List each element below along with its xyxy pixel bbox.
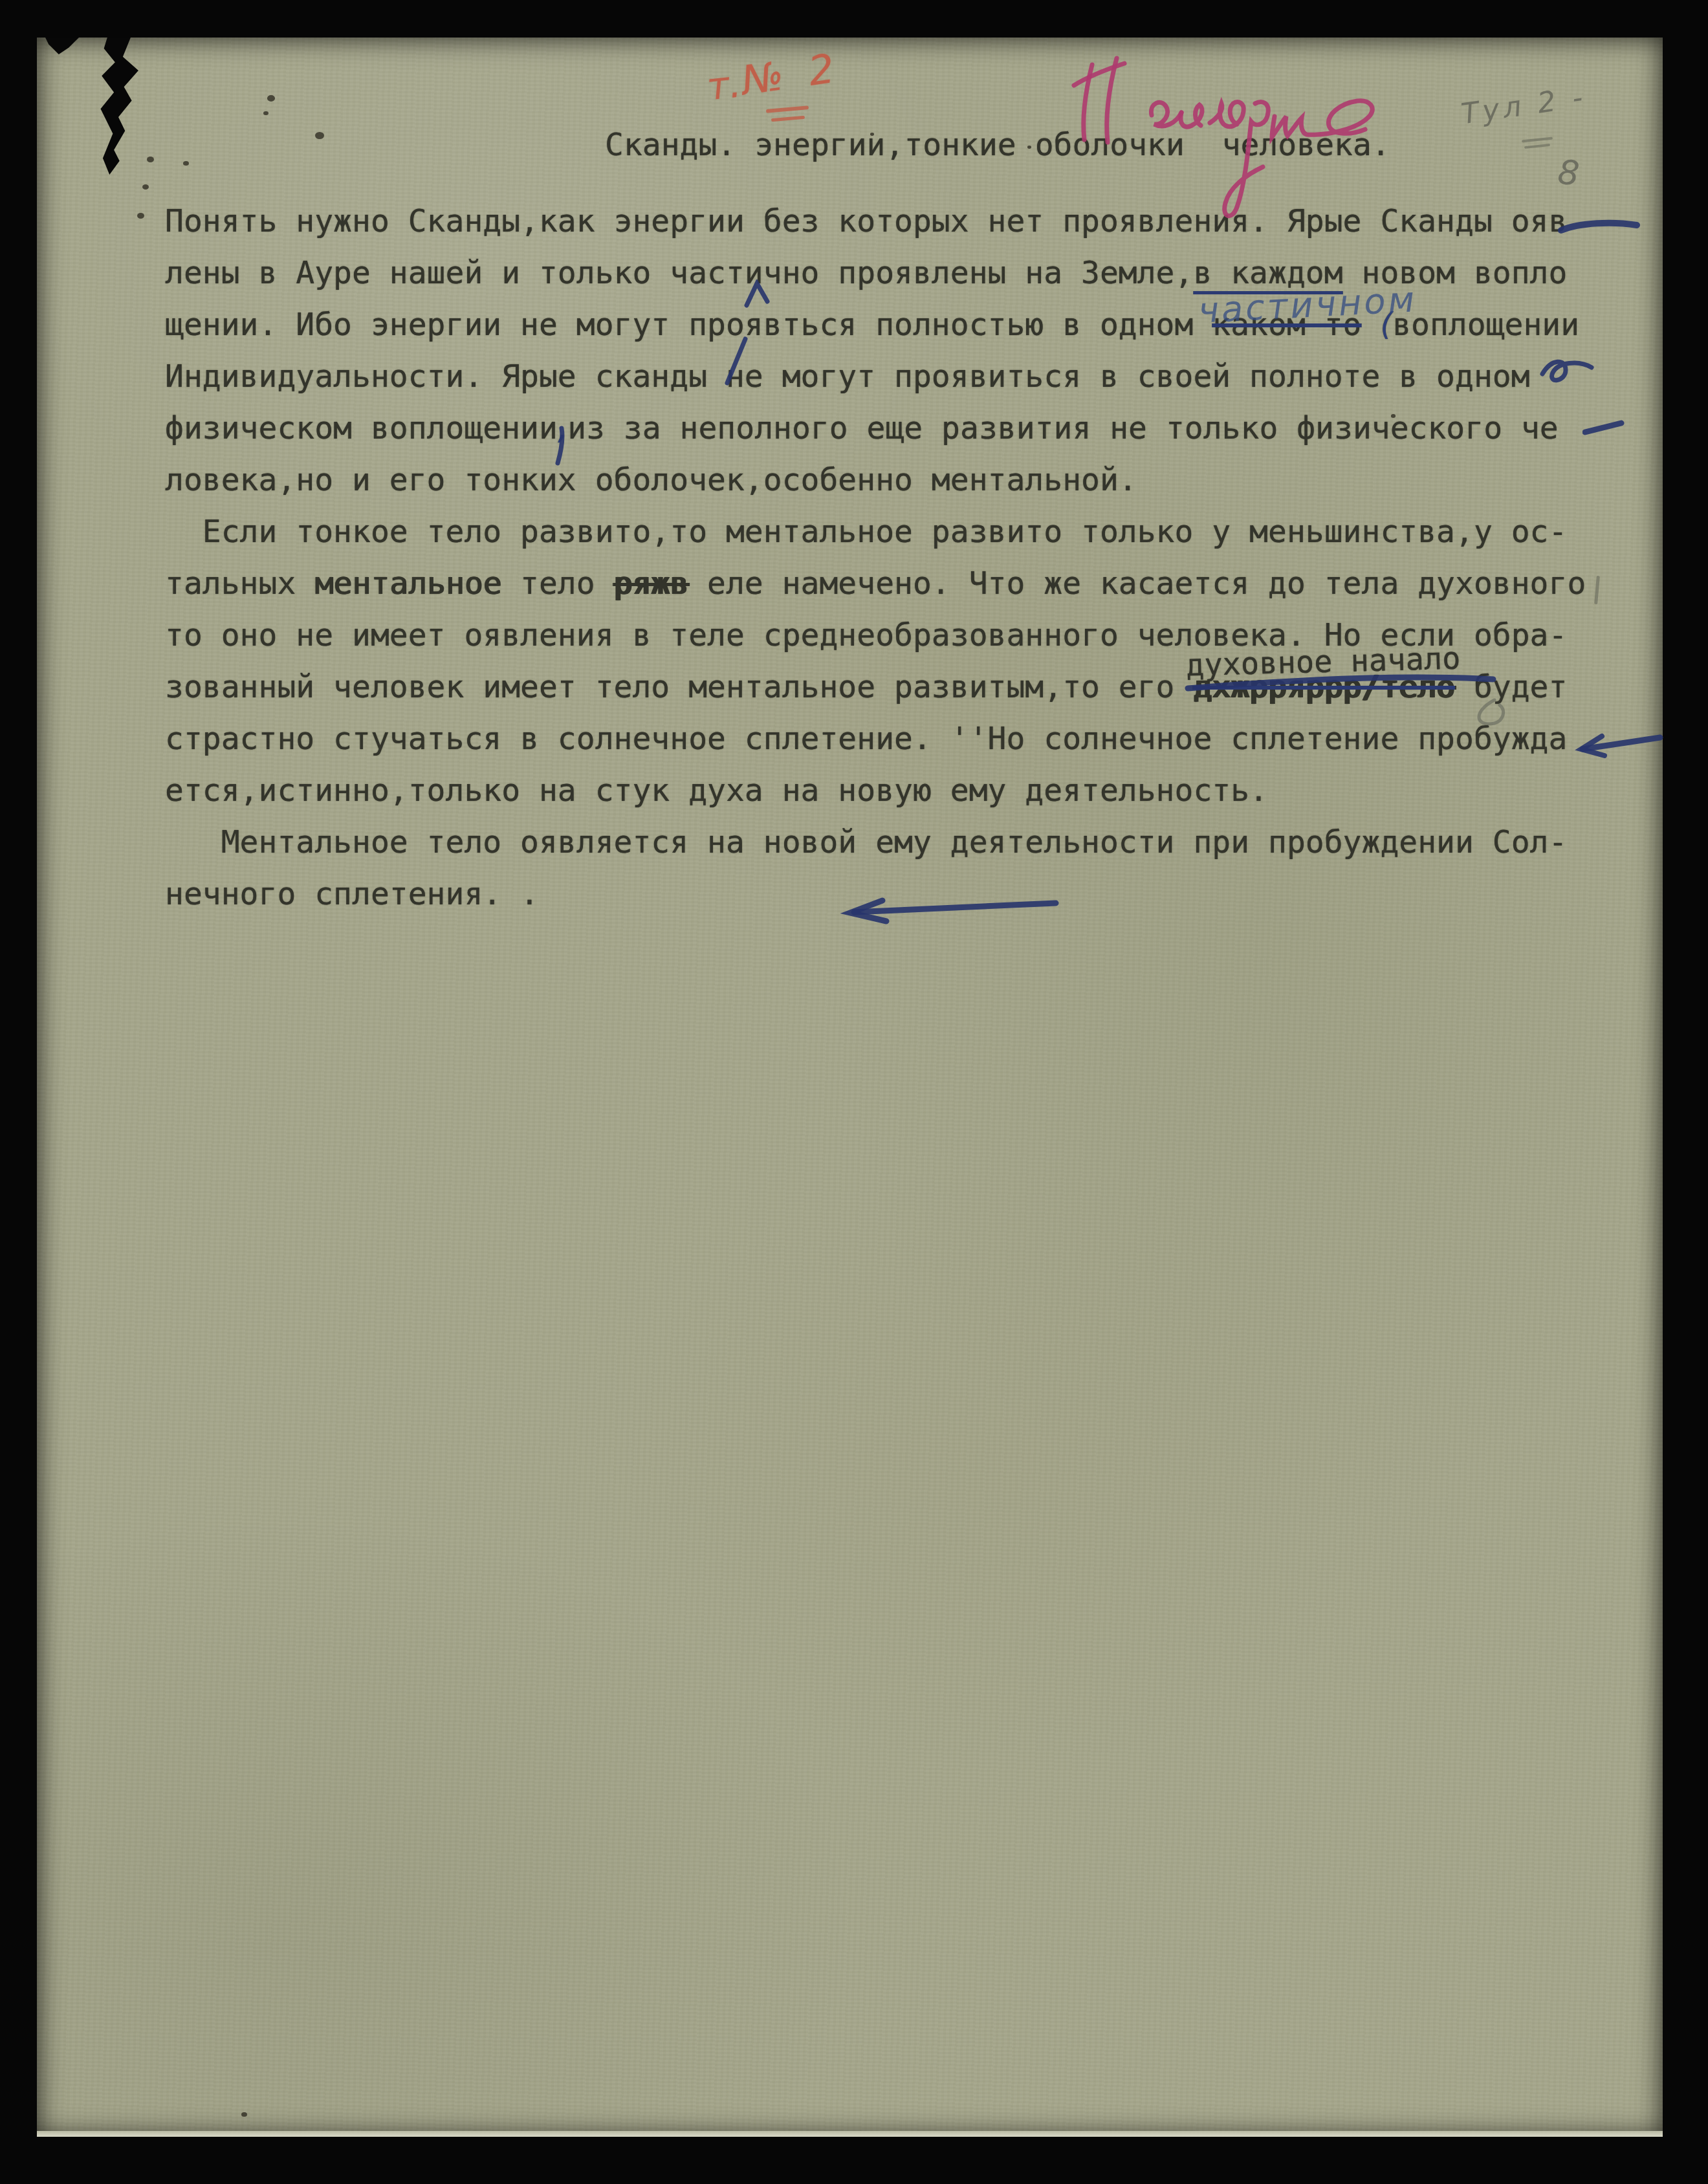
paper-speck: [1027, 146, 1031, 149]
typed-line: ется,истинно,только на стук духа на нову…: [165, 771, 1268, 810]
paper-speck: [267, 95, 275, 102]
blue-dash-end-line1: [1558, 219, 1642, 238]
blue-caret-mark: [744, 279, 772, 309]
paper-speck: [142, 184, 149, 190]
blue-long-arrow: [828, 893, 1067, 933]
magenta-handwriting: [1055, 36, 1391, 250]
typed-line: тальных ментальное тело ряжв еле намечен…: [165, 564, 1586, 603]
typed-line: Ментальное тело оявляется на новой ему д…: [165, 823, 1567, 862]
blue-strike-correction: [1184, 668, 1501, 700]
typed-line: Если тонкое тело развито,то ментальное р…: [165, 512, 1567, 551]
blue-comma-insert: [555, 426, 568, 466]
pencil-number: 8: [1556, 153, 1581, 194]
scanned-document: Сканды. энергии,тонкие оболочки человека…: [0, 0, 1708, 2184]
red-pencil-t-mark: т.: [705, 61, 743, 109]
paper-speck: [137, 213, 144, 219]
paper-speck: [147, 157, 154, 162]
blue-slash-mark: [723, 336, 749, 387]
paper-sheet: [37, 38, 1663, 2137]
paper-speck: [870, 133, 874, 136]
typed-line: страстно стучаться в солнечное сплетение…: [165, 719, 1567, 758]
typed-line: Индивидуальности. Ярые сканды не могут п…: [165, 357, 1530, 396]
blue-hyphen-end-line5: [1582, 419, 1625, 437]
typed-line: ловека,но и его тонких оболочек,особенно…: [165, 461, 1137, 499]
paper-speck: [1391, 414, 1396, 418]
blue-squiggle-end-line4: [1538, 352, 1601, 391]
typed-line: физическом воплощении,из за неполного ещ…: [165, 409, 1559, 448]
typed-line: нечного сплетения. .: [165, 875, 539, 913]
blue-strike-arrow-line11: [1568, 728, 1665, 763]
pencil-hook: [1463, 696, 1513, 732]
